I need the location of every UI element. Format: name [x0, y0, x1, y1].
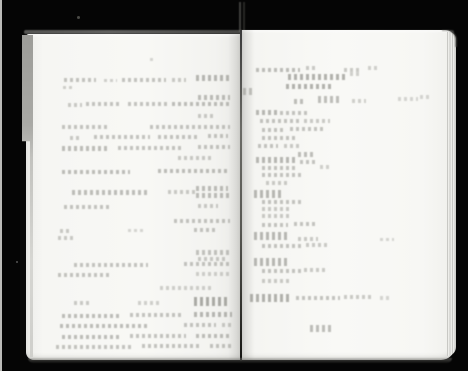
right-fore-edge	[447, 32, 456, 356]
scanned-book-spread	[0, 0, 468, 371]
right-page	[241, 30, 455, 360]
left-page	[26, 34, 241, 360]
dust-speck	[16, 261, 18, 263]
scan-frame-edge	[0, 0, 2, 371]
book-spine-top	[236, 2, 248, 32]
page-bottom-edge	[28, 358, 452, 363]
top-right-corner-edge	[442, 30, 457, 47]
dust-speck	[77, 16, 80, 19]
open-book	[22, 30, 458, 363]
gutter-line	[240, 30, 242, 361]
